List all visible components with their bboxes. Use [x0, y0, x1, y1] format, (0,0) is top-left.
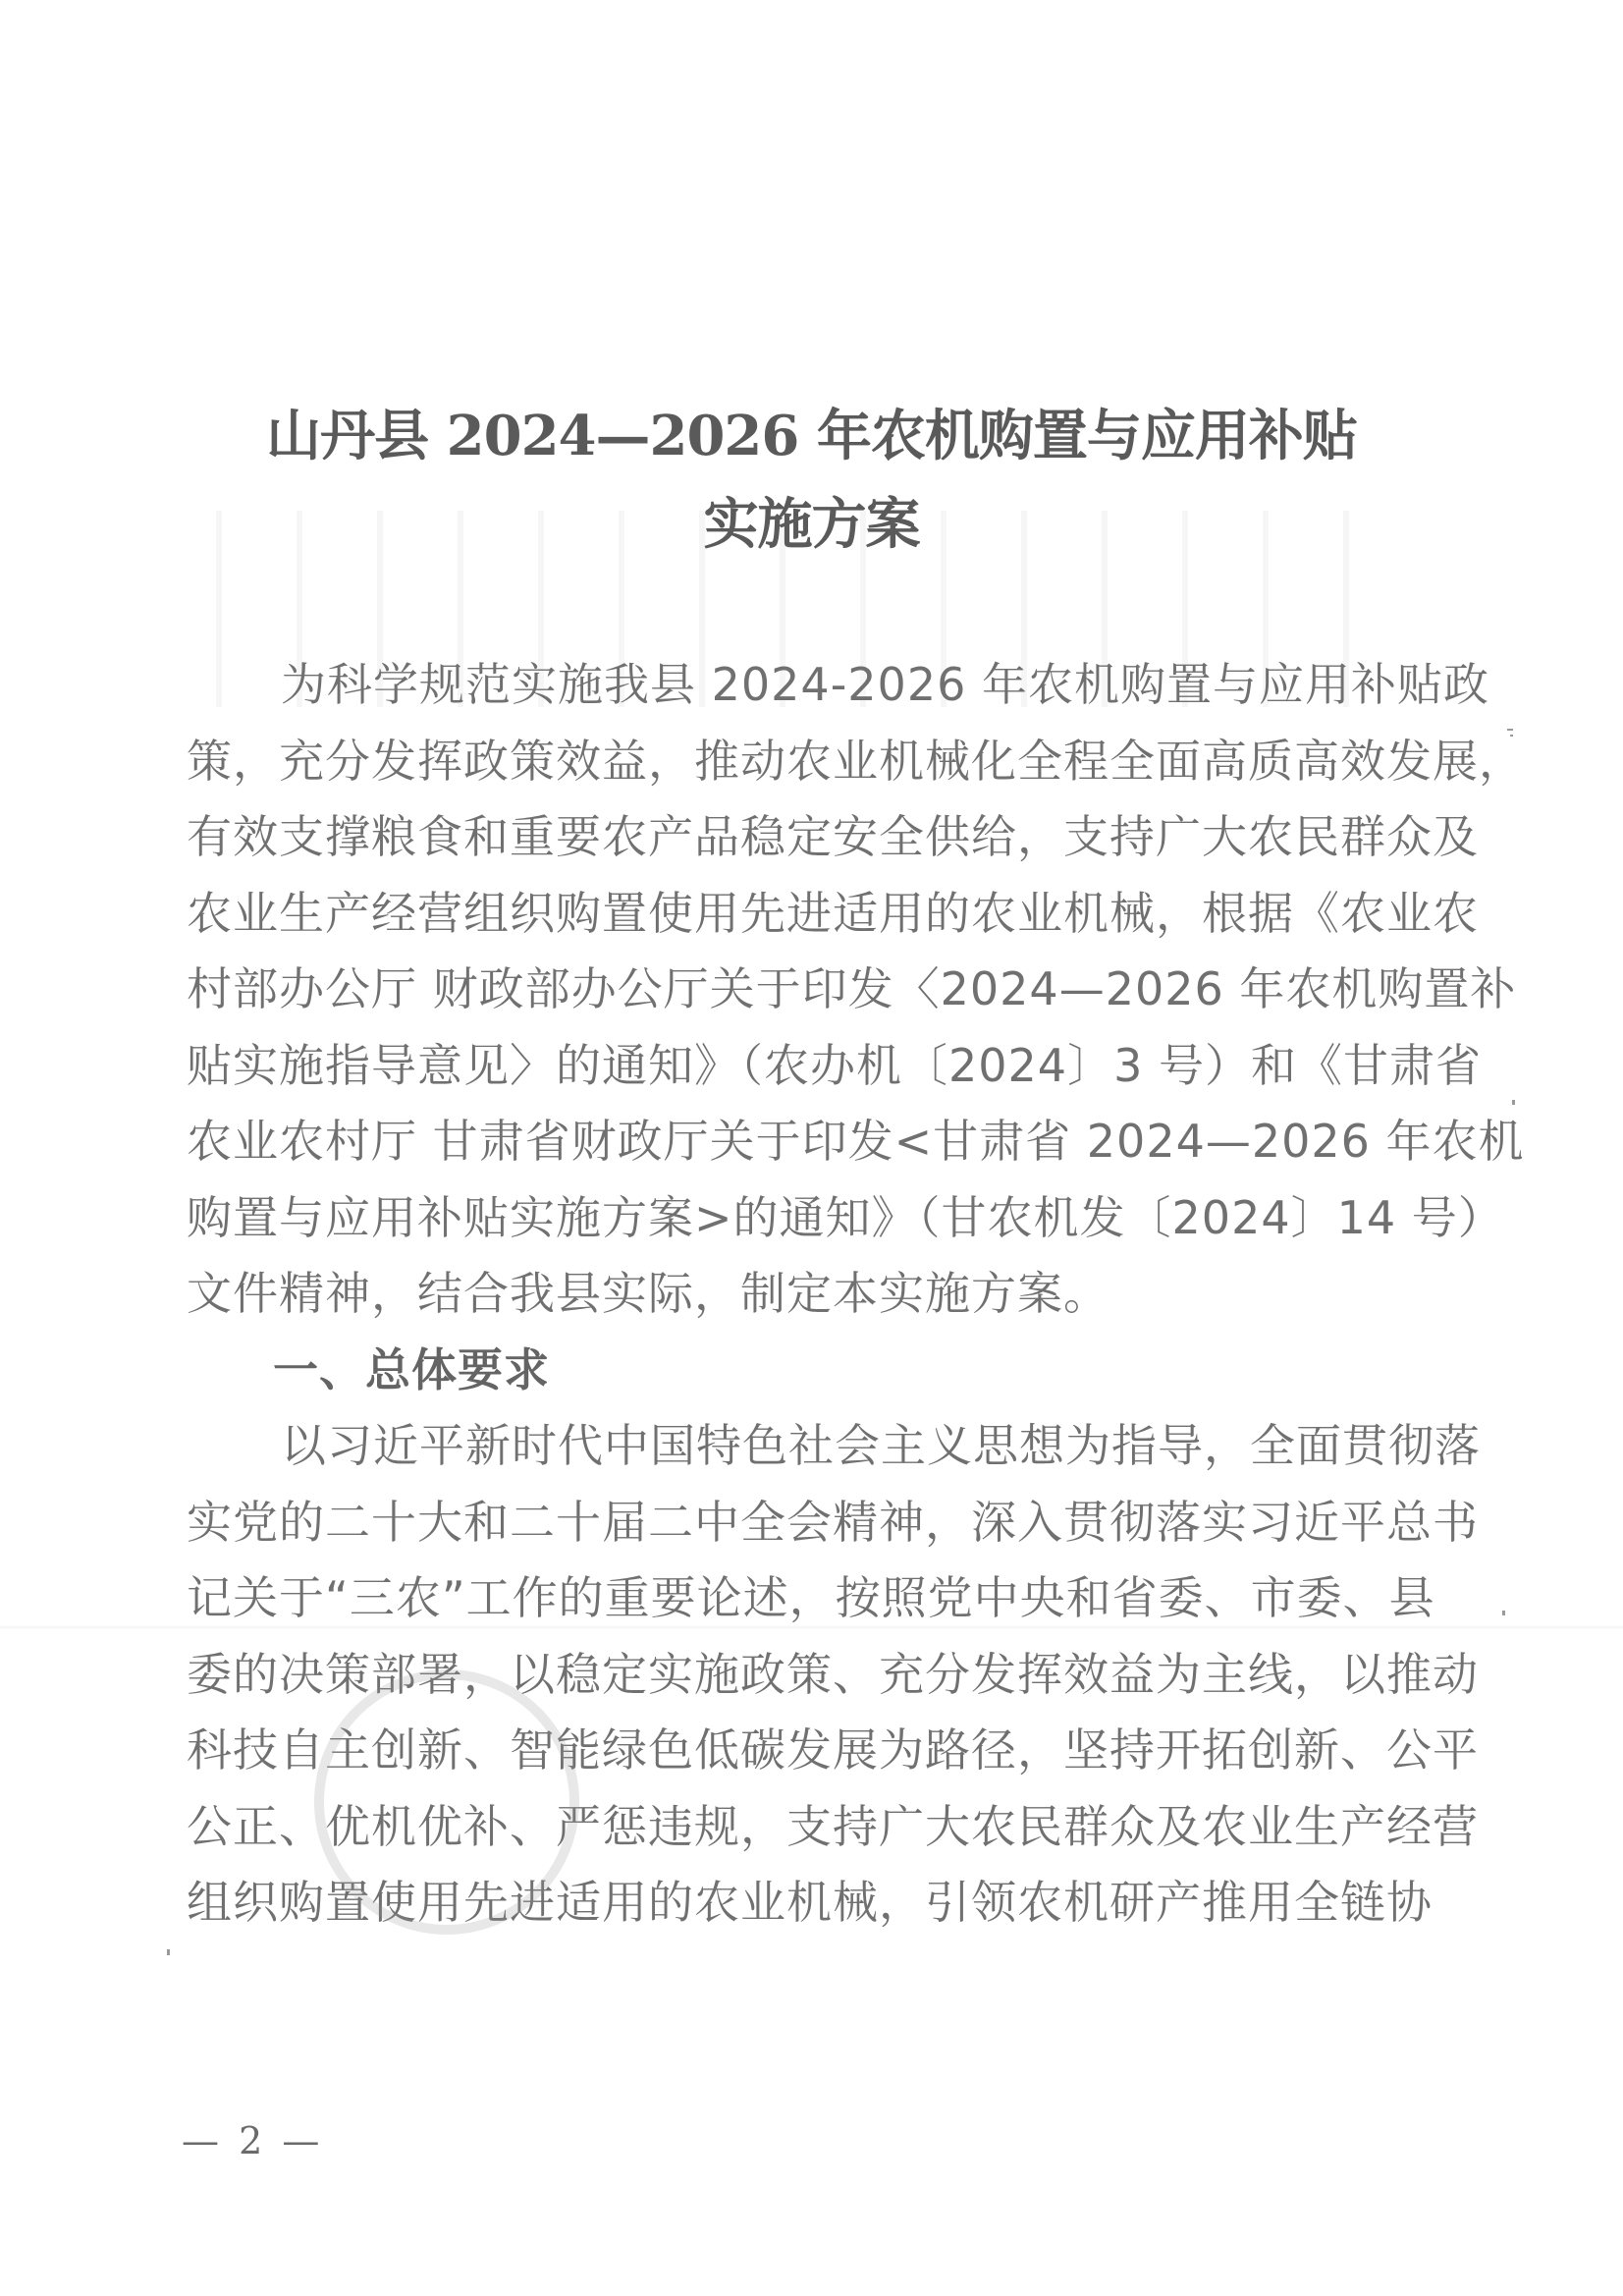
paragraph-1-line-5: 村部办公厅 财政部办公厅关于印发〈2024—2026 年农机购置补	[187, 960, 1396, 1037]
paragraph-1-line-4: 农业生产经营组织购置使用先进适用的农业机械，根据《农业农	[187, 885, 1396, 961]
paragraph-2-line-4: 委的决策部署，以稳定实施政策、充分发挥效益为主线，以推动	[187, 1646, 1396, 1722]
page-number: — 2 —	[182, 2119, 323, 2162]
paragraph-2-line-1: 以习近平新时代中国特色社会主义思想为指导，全面贯彻落	[187, 1417, 1396, 1494]
paragraph-2-line-5: 科技自主创新、智能绿色低碳发展为路径，坚持开拓创新、公平	[187, 1722, 1396, 1798]
scan-speck	[1507, 729, 1513, 731]
paragraph-2-line-3: 记关于“三农”工作的重要论述，按照党中央和省委、市委、县	[187, 1569, 1396, 1646]
paragraph-1-line-3: 有效支撑粮食和重要农产品稳定安全供给，支持广大农民群众及	[187, 808, 1396, 885]
paragraph-1-line-8: 购置与应用补贴实施方案>的通知》（甘农机发〔2024〕14 号）	[187, 1189, 1396, 1266]
paragraph-1-line-6: 贴实施指导意见〉的通知》（农办机〔2024〕3 号）和《甘肃省	[187, 1037, 1396, 1114]
document-body: 为科学规范实施我县 2024-2026 年农机购置与应用补贴政 策，充分发挥政策…	[187, 656, 1396, 1950]
section-heading: 一、总体要求	[187, 1341, 1396, 1418]
paragraph-1-line-1: 为科学规范实施我县 2024-2026 年农机购置与应用补贴政	[187, 656, 1396, 733]
document-title-line-1: 山丹县 2024—2026 年农机购置与应用补贴	[0, 393, 1623, 471]
paragraph-1-line-7: 农业农村厅 甘肃省财政厅关于印发<甘肃省 2024—2026 年农机	[187, 1113, 1396, 1189]
paragraph-1-line-9: 文件精神，结合我县实际，制定本实施方案。	[187, 1265, 1396, 1341]
paragraph-2-line-7: 组织购置使用先进适用的农业机械，引领农机研产推用全链协	[187, 1874, 1396, 1950]
scan-speck	[1512, 1100, 1515, 1105]
scan-speck	[167, 1949, 170, 1955]
paragraph-2-line-6: 公正、优机优补、严惩违规，支持广大农民群众及农业生产经营	[187, 1798, 1396, 1875]
paragraph-1-line-2: 策，充分发挥政策效益，推动农业机械化全程全面高质高效发展，	[187, 733, 1396, 809]
scan-speck	[1510, 735, 1513, 737]
paragraph-2-line-2: 实党的二十大和二十届二中全会精神，深入贯彻落实习近平总书	[187, 1494, 1396, 1570]
scan-speck	[1502, 1611, 1505, 1615]
document-page: 山丹县 2024—2026 年农机购置与应用补贴 实施方案 为科学规范实施我县 …	[0, 0, 1623, 2296]
document-title-line-2: 实施方案	[0, 481, 1623, 560]
